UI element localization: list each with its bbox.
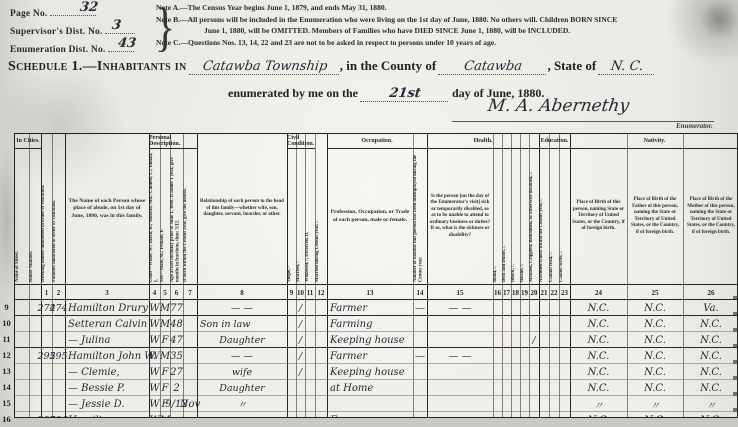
cell-relationship: wife: [197, 364, 287, 380]
cell-color: W: [149, 332, 160, 348]
county-label: , in the County of: [340, 58, 436, 73]
column-number-color: 4: [149, 285, 160, 301]
enumerated-prefix: enumerated by me on the: [228, 86, 358, 100]
cell-pob: N.C.: [570, 316, 627, 332]
cell-name: — Jessie D.: [65, 396, 149, 412]
cell-pob_father: 〃: [627, 396, 683, 412]
cell-pob: N.C.: [570, 300, 627, 316]
cell-pob_mother: N.C.: [683, 364, 738, 380]
enumerator-signature: M. A. Abernethy: [487, 96, 631, 116]
cell-name: Hamilton Drury: [65, 300, 149, 316]
column-number-house: [29, 285, 41, 301]
table-rows: 274274Hamilton DruryWM77— —/Farmer—— —N.…: [15, 300, 737, 417]
cell-pob_mother: N.C.: [683, 332, 738, 348]
table-row: — Clemie,WF27wife/Keeping houseN.C.N.C.N…: [15, 364, 737, 380]
column-number-blind: 16: [493, 285, 502, 301]
cell-pob_father: N.C.: [627, 412, 683, 418]
column-number-age: 6: [170, 285, 183, 301]
page-no-label: Page No.: [10, 9, 47, 19]
cell-sex: M: [160, 348, 170, 364]
column-header-pob_mother: Place of Birth of the Mother of this per…: [683, 149, 738, 284]
census-sheet: Page No. 32 Supervisor's Dist. No. 3 Enu…: [0, 0, 738, 418]
group-header-nativity: Nativity.: [570, 134, 738, 149]
cell-color: W: [149, 380, 160, 396]
cell-color: W: [149, 300, 160, 316]
column-header-idiotic: Idiotic, /.: [511, 149, 520, 284]
group-header-education: Education.: [539, 134, 570, 149]
cell-married: /: [296, 348, 305, 364]
enumeration-value: 43: [117, 36, 137, 51]
cell-relationship: Son in law: [197, 316, 287, 332]
group-header-health: Health.: [427, 134, 539, 149]
line-number: 14: [1, 379, 12, 395]
line-number: 11: [1, 331, 12, 347]
cell-pob_mother: N.C.: [683, 380, 738, 396]
cell-pob: N.C.: [570, 412, 627, 418]
notes-block: Note A.—The Census Year begins June 1, 1…: [156, 2, 716, 48]
supervisor-label: Supervisor's Dist. No.: [10, 27, 103, 37]
line-number: 15: [1, 395, 12, 411]
line-number: 12: [1, 347, 12, 363]
cell-occupation: at Home: [327, 380, 413, 396]
cell-sex: M: [160, 300, 170, 316]
column-number-pob_father: 25: [627, 285, 683, 301]
column-header-school: Attended school within the Census year, …: [539, 149, 549, 284]
group-header-occupation_g: Occupation.: [327, 134, 427, 149]
column-header-color: Color—White, W.; Black, B.; Mulatto, Mu.…: [149, 149, 160, 284]
column-number-deaf: 17: [502, 285, 511, 301]
cell-month_born: Nov: [183, 396, 197, 412]
column-header-single: Single, /: [287, 149, 296, 284]
cell-occupation: Farmer: [327, 348, 413, 364]
column-number-family: 2: [52, 285, 65, 301]
column-number-pob: 24: [570, 285, 627, 301]
schedule-title-line: Schedule 1.—Inhabitants in Catawba Towns…: [8, 58, 736, 75]
cell-name: Setteran Calvin: [65, 316, 149, 332]
cell-age: 47: [170, 332, 183, 348]
cell-sex: F: [160, 364, 170, 380]
cell-occupation: Farmer: [327, 300, 413, 316]
signature-rule: [452, 121, 714, 122]
page-no-value: 32: [79, 0, 99, 15]
note-c: Note C.—Questions Nos. 13, 14, 22 and 23…: [156, 37, 716, 49]
cell-married: /: [296, 332, 305, 348]
cell-occupation: Farming: [327, 316, 413, 332]
cell-pob_father: N.C.: [627, 300, 683, 316]
cell-color: W: [149, 412, 160, 418]
schedule-prefix: Schedule 1.—Inhabitants in: [8, 59, 187, 74]
column-header-month_born: If born within the Census year, give the…: [183, 149, 197, 284]
cell-name: — Bessie P.: [65, 380, 149, 396]
column-header-age: Age at last birthday prior to June 1, 18…: [170, 149, 183, 284]
column-header-deaf: Deaf and Dumb, /.: [502, 149, 511, 284]
column-number-dwelling: 1: [41, 285, 52, 301]
cell-sex: M: [160, 316, 170, 332]
column-number-insane: 19: [520, 285, 529, 301]
cell-relationship: — —: [197, 300, 287, 316]
cell-pob: N.C.: [570, 348, 627, 364]
cell-pob: N.C.: [570, 332, 627, 348]
cell-color: W: [149, 396, 160, 412]
column-header-widowed: Widowed, /; Divorced, D.: [305, 149, 315, 284]
table-row: 295295Hamilton John W.WM35— —/Farmer—— —…: [15, 348, 737, 364]
column-number-married: 10: [296, 285, 305, 301]
cell-married: /: [296, 300, 305, 316]
cell-age: 2: [170, 380, 183, 396]
column-header-months_unemployed: Number of months this person has been un…: [413, 149, 427, 284]
table-row: Setteran CalvinWM48Son in law/FarmingN.C…: [15, 316, 737, 332]
column-header-blind: Blind, /.: [493, 149, 502, 284]
cell-pob_mother: N.C.: [683, 412, 738, 418]
column-number-married_year: 12: [315, 285, 327, 301]
cell-family: 274: [52, 300, 65, 316]
cell-name: — Clemie,: [65, 364, 149, 380]
group-header-personal: Personal Description.: [149, 134, 197, 149]
township-value: Catawba Township: [189, 59, 341, 75]
note-b-line1: Note B.—All persons will be included in …: [156, 14, 716, 26]
table-row: 296296HamiltonWMFarmerN.C.N.C.N.C.: [15, 412, 737, 418]
column-number-row: 1234567891011121314151617181920212223242…: [15, 284, 737, 300]
table-row: — Bessie P.WF2Daughterat HomeN.C.N.C.N.C…: [15, 380, 737, 396]
column-number-maimed: 20: [529, 285, 539, 301]
cell-pob: 〃: [570, 396, 627, 412]
cell-name: Hamilton John W.: [65, 348, 149, 364]
column-header-married: Married, /: [296, 149, 305, 284]
column-header-family: Families numbered in order of visitation…: [52, 134, 65, 284]
line-number: 9: [1, 299, 12, 315]
column-header-read: Cannot read, /.: [549, 149, 559, 284]
cell-occupation: Keeping house: [327, 364, 413, 380]
column-number-read: 22: [549, 285, 559, 301]
cell-pob_father: N.C.: [627, 316, 683, 332]
line-number: 13: [1, 363, 12, 379]
cell-maimed: /: [529, 332, 539, 348]
column-header-sex: Sex—Male, M.; Female, F.: [160, 149, 170, 284]
cell-age: 35: [170, 348, 183, 364]
cell-color: W: [149, 364, 160, 380]
cell-sex: M: [160, 412, 170, 418]
table-row: 274274Hamilton DruryWM77— —/Farmer—— —N.…: [15, 300, 737, 316]
group-header-civil: Civil Condition.: [287, 134, 315, 149]
cell-sex: F: [160, 332, 170, 348]
column-header-dwelling: Dwelling houses numbered in order of vis…: [41, 134, 52, 284]
column-number-occupation: 13: [327, 285, 413, 301]
cell-name: — Julina: [65, 332, 149, 348]
column-header-occupation: Profession, Occupation, or Trade of each…: [327, 149, 413, 284]
cell-sickness: — —: [427, 300, 493, 316]
table-row: — JulinaWF47Daughter/Keeping house/N.C.N…: [15, 332, 737, 348]
cell-pob_mother: N.C.: [683, 316, 738, 332]
line-number: 16: [1, 411, 12, 418]
day-value: 21st: [360, 86, 450, 102]
column-number-sex: 5: [160, 285, 170, 301]
cell-sex: F: [160, 380, 170, 396]
cell-married: /: [296, 364, 305, 380]
cell-pob: N.C.: [570, 364, 627, 380]
column-header-street: Name of Street.: [15, 149, 29, 284]
column-header-sickness: Is the person [on the day of the Enumera…: [427, 149, 493, 284]
column-number-pob_mother: 26: [683, 285, 738, 301]
enumerator-label: Enumerator.: [676, 122, 713, 130]
cell-pob_mother: 〃: [683, 396, 738, 412]
line-number: 10: [1, 315, 12, 331]
cell-pob_mother: N.C.: [683, 348, 738, 364]
column-number-write: 23: [559, 285, 570, 301]
cell-pob: N.C.: [570, 380, 627, 396]
column-number-single: 9: [287, 285, 296, 301]
column-header-write: Cannot write, /.: [559, 149, 570, 284]
cell-relationship: 〃: [197, 396, 287, 412]
column-header-insane: Insane, /.: [520, 149, 529, 284]
column-number-school: 21: [539, 285, 549, 301]
column-header-pob: Place of Birth of this person, naming St…: [570, 149, 627, 284]
cell-pob_father: N.C.: [627, 332, 683, 348]
cell-occupation: Farmer: [327, 412, 413, 418]
cell-age: 48: [170, 316, 183, 332]
column-number-idiotic: 18: [511, 285, 520, 301]
cell-pob_father: N.C.: [627, 364, 683, 380]
cell-pob_father: N.C.: [627, 380, 683, 396]
column-number-relationship: 8: [197, 285, 287, 301]
cell-occupation: Keeping house: [327, 332, 413, 348]
column-number-street: [15, 285, 29, 301]
cell-family: 295: [52, 348, 65, 364]
cell-pob_father: N.C.: [627, 348, 683, 364]
group-header-in_cities: In Cities.: [15, 134, 41, 149]
note-a: Note A.—The Census Year begins June 1, 1…: [156, 2, 716, 14]
note-b-line2: June 1, 1880, will be OMITTED. Members o…: [156, 25, 716, 37]
column-header-house: House Number.: [29, 149, 41, 284]
cell-sickness: — —: [427, 348, 493, 364]
state-label: , State of: [547, 58, 596, 73]
table-row: — Jessie D.WF9/12Nov〃〃〃〃: [15, 396, 737, 412]
column-header-name: The Name of each Person whose place of a…: [65, 134, 149, 284]
column-number-sickness: 15: [427, 285, 493, 301]
cell-pob_mother: Va.: [683, 300, 738, 316]
cell-color: W: [149, 316, 160, 332]
cell-family: 296: [52, 412, 65, 418]
column-number-name: 3: [65, 285, 149, 301]
enumeration-label: Enumeration Dist. No.: [10, 45, 106, 55]
cell-relationship: Daughter: [197, 380, 287, 396]
column-header-married_year: Married during Census year, /.: [315, 134, 327, 284]
county-value: Catawba: [438, 59, 548, 75]
column-header-relationship: Relationship of each person to the head …: [197, 134, 287, 284]
cell-relationship: Daughter: [197, 332, 287, 348]
column-header-maimed: Maimed, Crippled, Bedridden, or otherwis…: [529, 149, 539, 284]
cell-months_unemployed: —: [413, 348, 427, 364]
cell-age: 27: [170, 364, 183, 380]
column-number-widowed: 11: [305, 285, 315, 301]
district-block: Page No. 32 Supervisor's Dist. No. 3 Enu…: [10, 4, 180, 58]
column-number-months_unemployed: 14: [413, 285, 427, 301]
census-table: In Cities.Personal Description.Civil Con…: [14, 133, 738, 418]
cell-married: /: [296, 316, 305, 332]
cell-name: Hamilton: [65, 412, 149, 418]
cell-age: 77: [170, 300, 183, 316]
column-header-pob_father: Place of Birth of the Father of this per…: [627, 149, 683, 284]
state-value: N. C.: [598, 59, 656, 75]
cell-color: W: [149, 348, 160, 364]
cell-months_unemployed: —: [413, 300, 427, 316]
column-number-month_born: 7: [183, 285, 197, 301]
cell-relationship: — —: [197, 348, 287, 364]
